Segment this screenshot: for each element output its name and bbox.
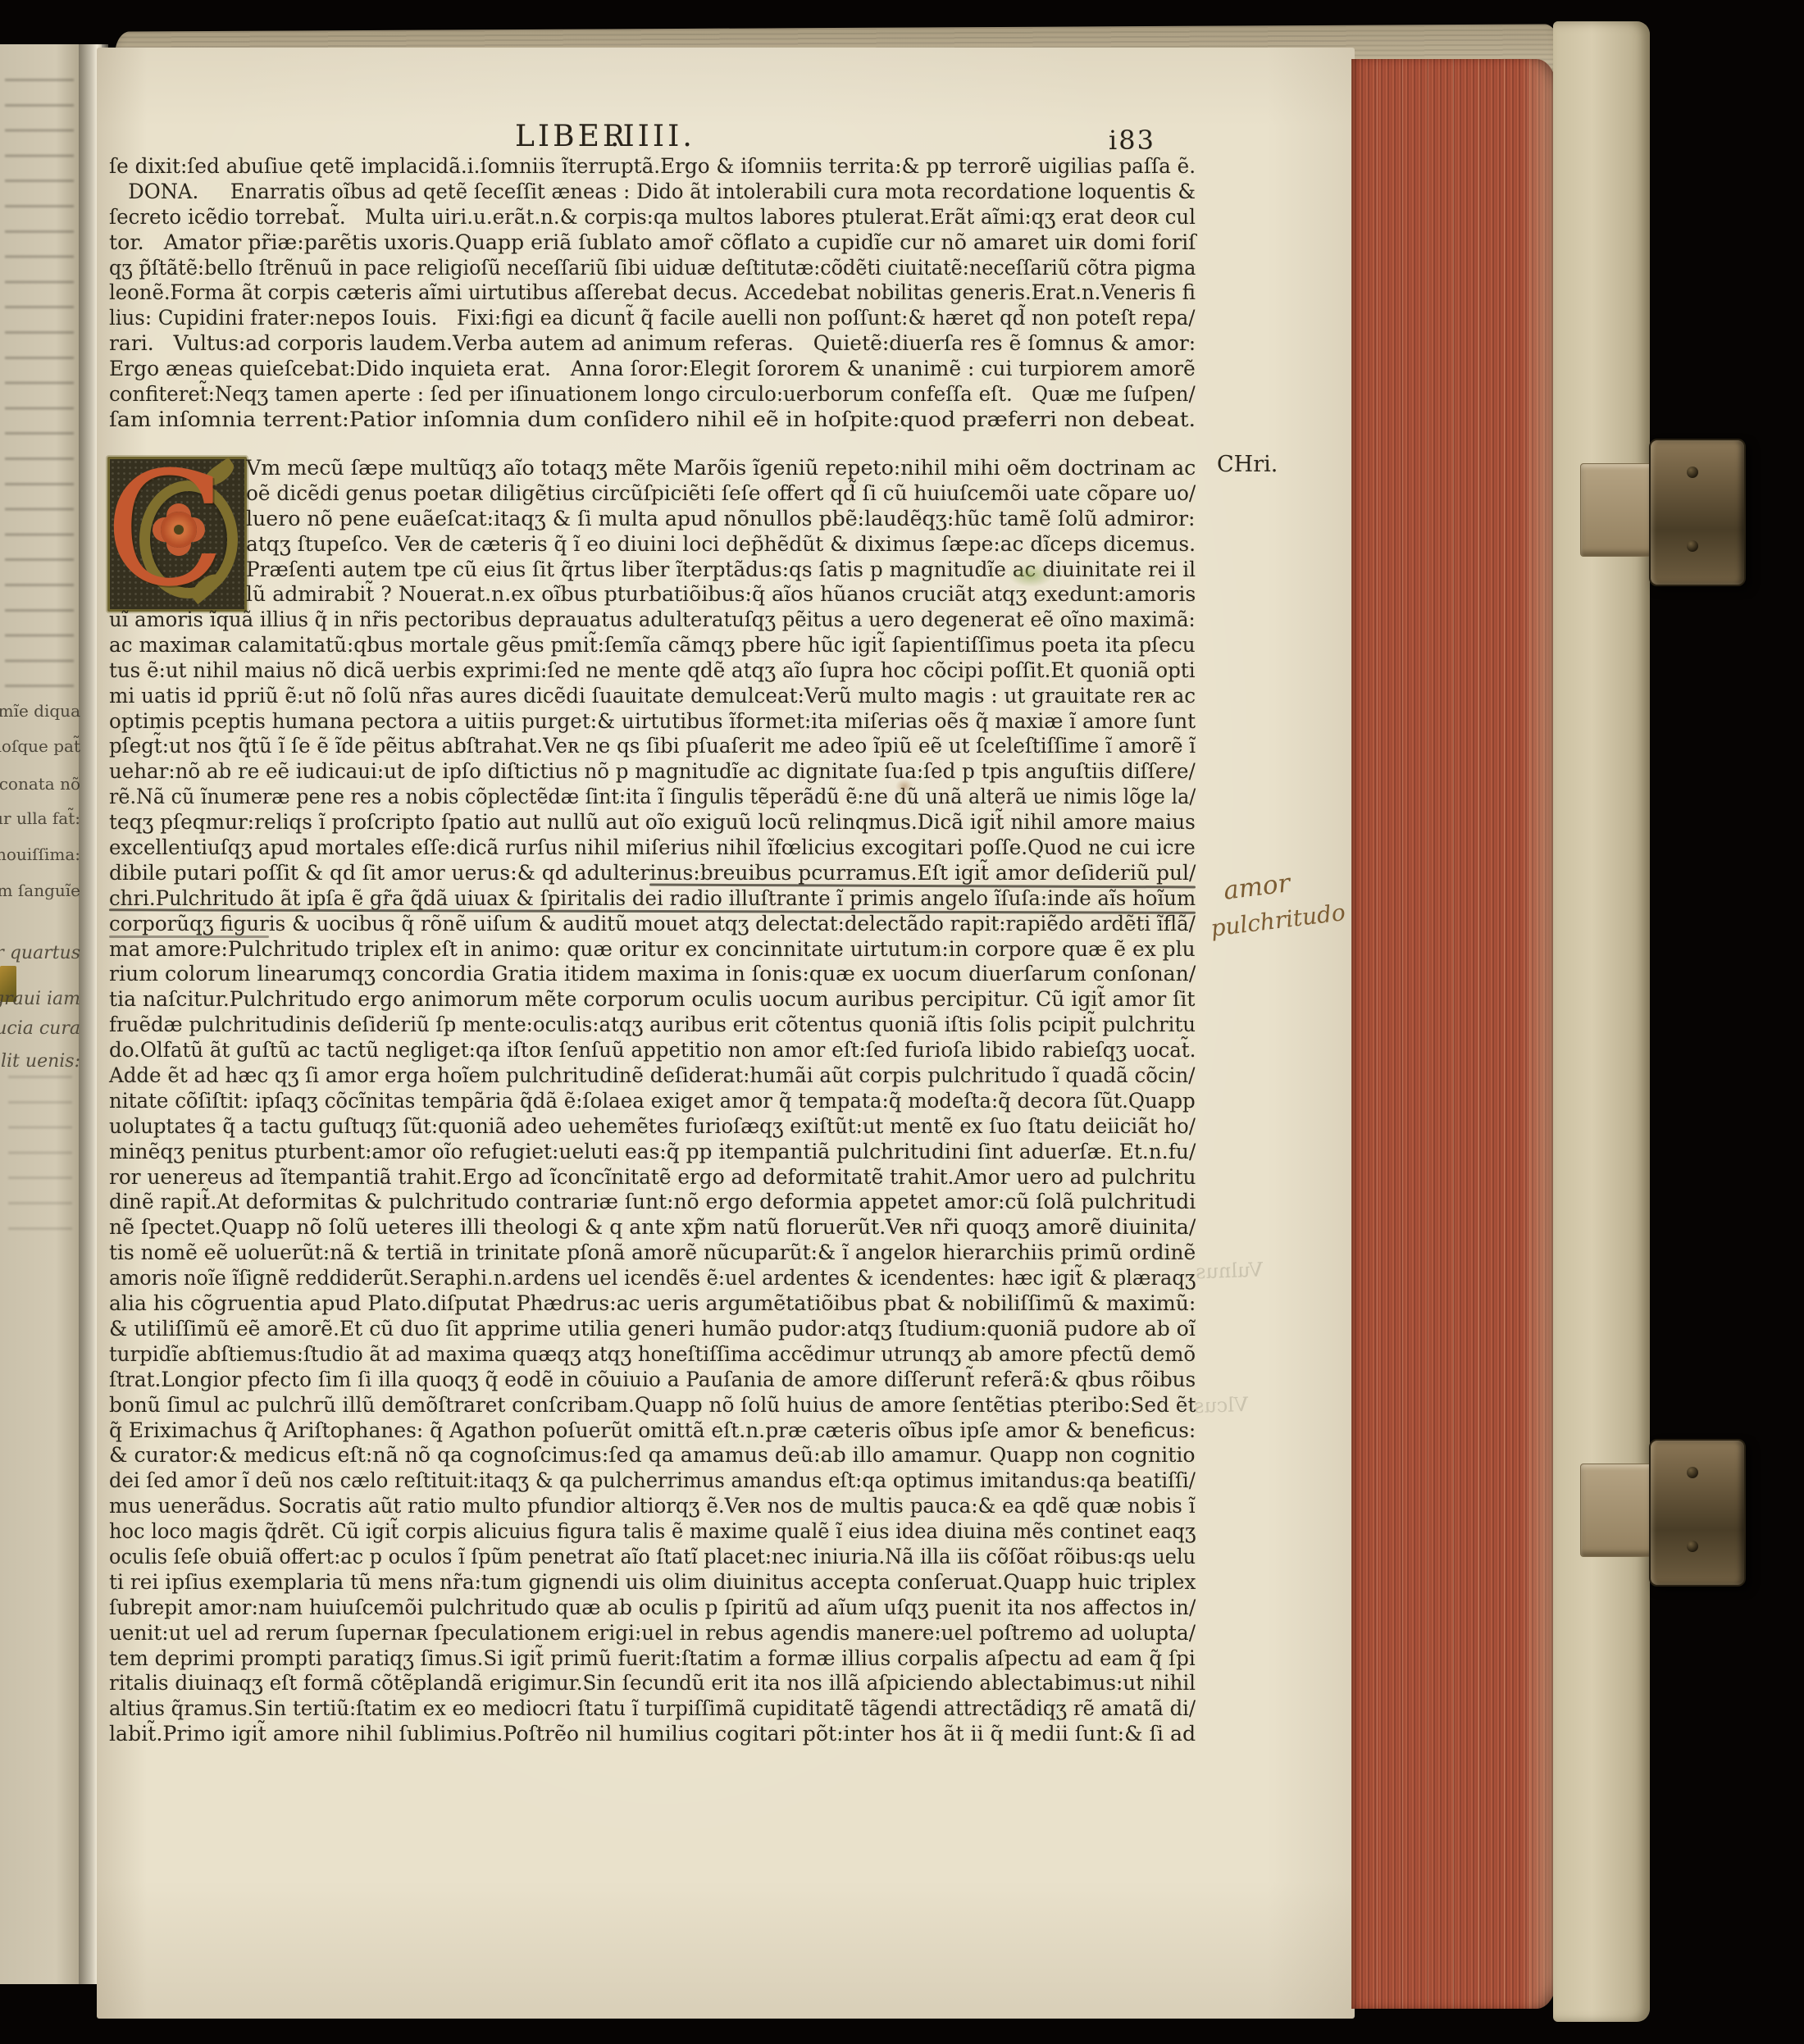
text-line: tia naſcitur.Pulchritudo ergo animorum m… bbox=[109, 987, 1195, 1013]
text-line: leonẽ.Forma ãt corpis cæteris aĩmi uirtu… bbox=[109, 280, 1196, 306]
facing-page-fragment: gʒ:ſocioſque pat̃ bbox=[0, 736, 80, 756]
clasp-metal-plate bbox=[1649, 1439, 1746, 1586]
text-line: luero nõ pene euãeſcat:itaqʒ & ſi multa … bbox=[246, 507, 1195, 532]
text-line: Vm mecũ ſæpe multũqʒ aĩo totaqʒ mẽte Mar… bbox=[246, 456, 1196, 481]
text-line: mus uenerãdus. Socratis aũt ratio multo … bbox=[109, 1494, 1196, 1519]
folio-number: i83 bbox=[1109, 125, 1155, 156]
text-line: qʒ p̃ſtãtẽ:bello ſtrẽnuũ in pace religio… bbox=[109, 256, 1196, 281]
text-line: atqʒ ſtupeſco. Veʀ de cæteris q̃ ĩ eo di… bbox=[246, 532, 1196, 558]
text-line: lius: Cupidini frater:nepos Iouis. Fixi:… bbox=[109, 306, 1196, 331]
clasp-rivet bbox=[1687, 1467, 1698, 1478]
text-line: Adde ẽt ad hæc qʒ ſi amor erga hoĩem pul… bbox=[109, 1063, 1196, 1089]
gloss-paragraph: ſe dixit:ſed abuſiue qetẽ implacidã.i.ſo… bbox=[109, 154, 1247, 433]
text-line: hoc loco magis q̃drẽt. Cũ igit̃ corpis a… bbox=[109, 1519, 1196, 1545]
text-line: chri.Pulchritudo ãt ipſa ẽ gr̃a q̃dã uiu… bbox=[109, 886, 1196, 912]
facing-page-fragment: is æneidos liber quartus bbox=[0, 943, 80, 963]
text-line: minẽqʒ penitus pturbent:amor oĩo refugie… bbox=[109, 1140, 1196, 1165]
text-line: confiteret̃:Neqʒ tamen aperte : ſed per … bbox=[109, 382, 1196, 407]
text-line: optimis pceptis humana pectora a uitiis … bbox=[109, 709, 1196, 735]
text-line: alia his cõgruentia apud Plato.diſputat … bbox=[109, 1291, 1196, 1317]
text-line: DONA. Enarratis oĩbus ad qetẽ ſeceſſit æ… bbox=[109, 180, 1196, 205]
red-fore-edge bbox=[1351, 59, 1558, 2009]
facing-page-fragment: cibus conata nõ bbox=[0, 774, 80, 794]
running-title-book-number: .IIII. bbox=[610, 120, 695, 153]
green-ink-smudge bbox=[1009, 564, 1053, 587]
text-line: lũ admirabit̃ ? Nouerat.n.ex oĩbus pturb… bbox=[246, 582, 1196, 608]
showthrough-text: Vlcus bbox=[1194, 1393, 1249, 1418]
text-line: dibile putari poſſit & qd ſit amor uerus… bbox=[109, 861, 1196, 886]
text-line: ſubrepit amor:nam huiuſcemõi pulchritudo… bbox=[109, 1596, 1196, 1621]
clasp-metal-plate bbox=[1649, 439, 1746, 586]
text-line: altius q̃ramus.Sin tertiũ:ſtatim ex eo m… bbox=[109, 1696, 1196, 1722]
text-line: tus ẽ:ut nihil maius nõ dicã uerbis expr… bbox=[109, 658, 1196, 684]
commentary-indented-lines: Vm mecũ ſæpe multũqʒ aĩo totaqʒ mẽte Mar… bbox=[246, 456, 1205, 608]
facing-page-fragment: ulnus alit uenis: bbox=[0, 1051, 80, 1072]
text-line: nitate cõſiſtit: ipſaqʒ cõcĩnitas tempãr… bbox=[109, 1089, 1196, 1114]
text-line: nẽ ſpectet.Quapp nõ ſolũ ueteres illi th… bbox=[109, 1215, 1196, 1241]
text-line: rari. Vultus:ad corporis laudem.Verba au… bbox=[109, 331, 1196, 357]
clasp-strap bbox=[1580, 463, 1657, 557]
text-line: amoris noĩe ĩſignẽ reddiderũt.Seraphi.n.… bbox=[109, 1266, 1196, 1291]
text-line: bonũ ſimul ac pulchrũ illũ demõſtraret c… bbox=[109, 1393, 1196, 1418]
text-line: corporũqʒ figuris & uocibus q̃ rõnẽ uiſu… bbox=[109, 912, 1196, 937]
text-line: tem deprimi prompti paratiqʒ ſimus.Si ig… bbox=[109, 1646, 1196, 1672]
clasp-rivet bbox=[1687, 540, 1698, 552]
text-line: Præſenti autem tpe cũ eius ſit q̃rtus li… bbox=[246, 558, 1196, 583]
text-line: tis nomẽ eẽ uoluerũt:nã & tertiã in trin… bbox=[109, 1241, 1196, 1266]
text-line: ac maximaʀ calamitatũ:qbus mortale gẽus … bbox=[109, 633, 1196, 658]
clasp-rivet bbox=[1687, 1541, 1698, 1552]
text-line: q̃ Eriximachus q̃ Ariſtophanes: q̃ Agath… bbox=[109, 1418, 1196, 1444]
facing-page-fragment: tus ſuc numĩe diqua bbox=[0, 701, 80, 721]
text-line: excellentiuſqʒ apud mortales eſſe:dicã r… bbox=[109, 835, 1196, 861]
text-line: turpidĩe abſtiemus:ſtudio ãt ad maxima q… bbox=[109, 1342, 1196, 1368]
facing-page-fragment: iam datur ulla fat̃: bbox=[0, 808, 80, 828]
text-line: rium colorum linearumqʒ concordia Gratia… bbox=[109, 962, 1196, 987]
text-line: tor. Amator pr̃iæ:parẽtis uxoris.Quapp e… bbox=[109, 230, 1196, 256]
text-line: & curator:& medicus eſt:nã nõ qa cognoſc… bbox=[109, 1443, 1196, 1468]
facing-page-fragment: T regina graui iam bbox=[0, 989, 80, 1009]
text-line: ti rei ipſius exemplaria tũ mens nr̃a:tu… bbox=[109, 1570, 1196, 1596]
text-line: oculis ſeſe obuiã offert:ac p oculos ĩ ſ… bbox=[109, 1545, 1196, 1570]
ink-underline bbox=[109, 936, 269, 938]
book-clasp-upper bbox=[1628, 439, 1751, 585]
text-line: pſegt̃:ut nos q̃tũ ĩ ſe ẽ ĩde pẽitus abſ… bbox=[109, 734, 1196, 759]
text-line: ritalis diuinaqʒ eſt formã cõtẽplandã er… bbox=[109, 1671, 1196, 1696]
text-line: uĩ amoris ĩquã illius q̃ in nr̃is pector… bbox=[109, 608, 1196, 633]
text-line: ſe dixit:ſed abuſiue qetẽ implacidã.i.ſo… bbox=[109, 154, 1196, 180]
text-line: & utiliſſimũ eẽ amorẽ.Et cũ duo ſit appr… bbox=[109, 1317, 1196, 1342]
text-line: oẽ dicẽdi genus poetaʀ diligẽtius circũſ… bbox=[246, 481, 1196, 507]
text-line: ſam inſomnia terrent:Patior inſomnia dum… bbox=[109, 407, 1196, 433]
text-line: ror uenereus ad ĩtempantiã trahit.Ergo a… bbox=[109, 1165, 1196, 1190]
text-line: Ergo æneas quieſcebat:Dido inquieta erat… bbox=[109, 357, 1196, 382]
open-book-photo: tus ſuc numĩe diquagʒ:ſocioſque pat̃cibu… bbox=[0, 0, 1804, 2044]
text-line: mat amore:Pulchritudo triplex eſt in ani… bbox=[109, 937, 1196, 963]
illuminated-initial-C: C bbox=[107, 457, 247, 612]
commentary-full-lines: uĩ amoris ĩquã illius q̃ in nr̃is pector… bbox=[109, 608, 1250, 1747]
text-line: uoluptates q̃ a tactu guſtuqʒ ſũt:quoniã… bbox=[109, 1114, 1196, 1140]
book-clasp-lower bbox=[1628, 1439, 1751, 1585]
text-line: ſecreto icẽdio torrebat̃. Multa uiri.u.e… bbox=[109, 205, 1196, 230]
showthrough-text: Vulnus bbox=[1196, 1259, 1264, 1284]
text-line: labit̃.Primo igit̃ amore nihil ſublimius… bbox=[109, 1722, 1196, 1747]
facing-page-fragment: to cum ſanguĩe bbox=[0, 881, 80, 900]
text-line: do.Olfatũ ãt guſtũ ac tactũ negliget:qa … bbox=[109, 1038, 1196, 1063]
text-line: dei ſed amor ĩ deũ nos cælo reſtituit:it… bbox=[109, 1468, 1196, 1494]
text-line: uenit:ut uel ad rerum ſupernaʀ ſpeculati… bbox=[109, 1621, 1196, 1646]
text-line: ſtrat.Longior pfecto ſim ſi illa quoqʒ q… bbox=[109, 1368, 1196, 1393]
text-line: fruẽdæ pulchritudinis deſideriũ ſp mente… bbox=[109, 1013, 1196, 1038]
text-line: teqʒ pſeqmur:reliqs ĩ proſcripto ſpatio … bbox=[109, 810, 1196, 835]
clasp-rivet bbox=[1687, 467, 1698, 478]
text-line: uehar:nõ ab re eẽ iudicaui:ut de ipſo di… bbox=[109, 759, 1196, 785]
clasp-strap bbox=[1580, 1464, 1657, 1557]
initial-letter: C bbox=[105, 454, 225, 607]
text-line: rẽ.Nã cũ ĩnumeræ pene res a nobis cõplec… bbox=[109, 785, 1196, 810]
margin-author-abbreviation: CHri. bbox=[1217, 452, 1278, 477]
text-line: dinẽ rapit̃.At deformitas & pulchritudo … bbox=[109, 1190, 1196, 1215]
parchment-cover bbox=[1553, 21, 1650, 2022]
facing-page-fragment: dudum ſaucia cura bbox=[0, 1018, 80, 1039]
facing-page-fragment: dixitqʒ nouiſſima: bbox=[0, 844, 80, 864]
text-line: mi uatis id ppriũ ẽ:ut nõ ſolũ nr̃as aur… bbox=[109, 684, 1196, 709]
brown-stain bbox=[895, 779, 913, 794]
